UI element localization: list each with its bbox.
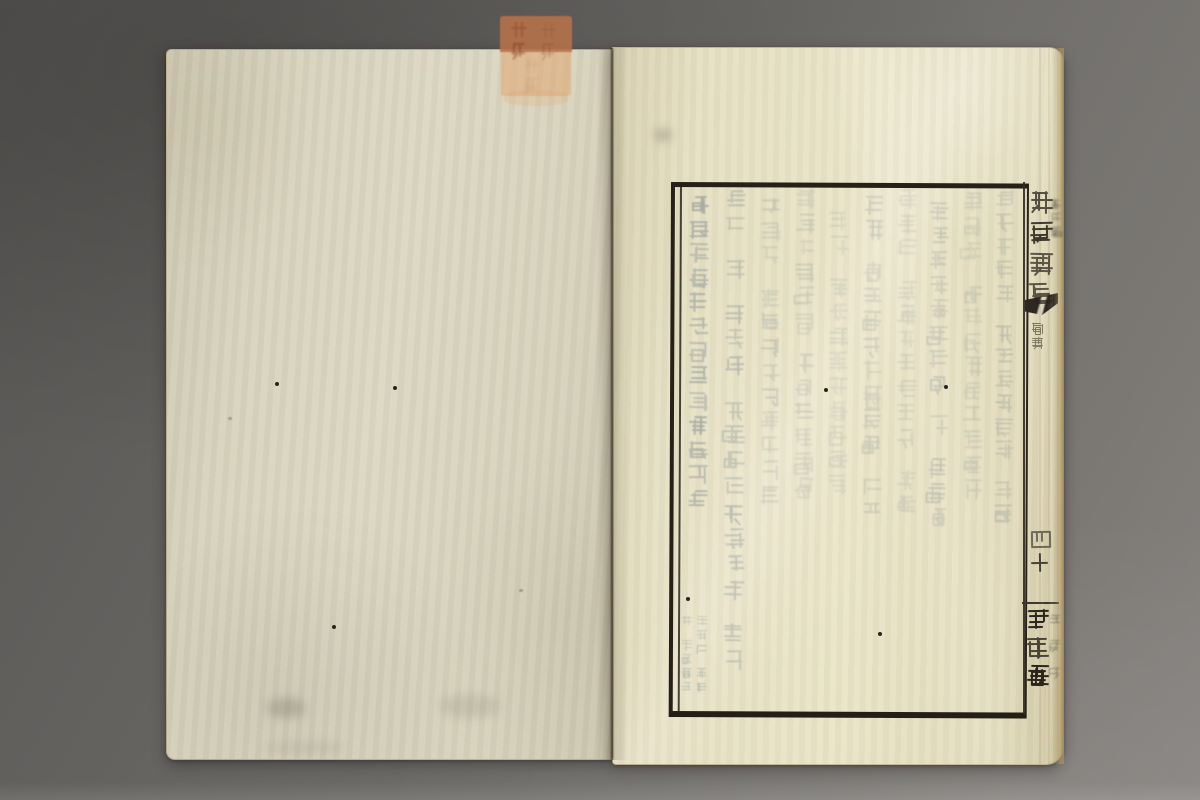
banxin-spine-strip: [1019, 48, 1063, 764]
bleedthrough-text-area: [673, 187, 1027, 713]
page-fore-edge: [1052, 48, 1064, 764]
banxin-separator-line: [1022, 602, 1059, 604]
left-page-blank: [166, 49, 614, 760]
stamp-upper-part: [500, 16, 572, 52]
printed-border-frame: [669, 182, 1029, 719]
right-page: [612, 47, 1064, 765]
banxin-rule: [1023, 182, 1025, 714]
photo-open-stitched-book: [0, 0, 1200, 800]
